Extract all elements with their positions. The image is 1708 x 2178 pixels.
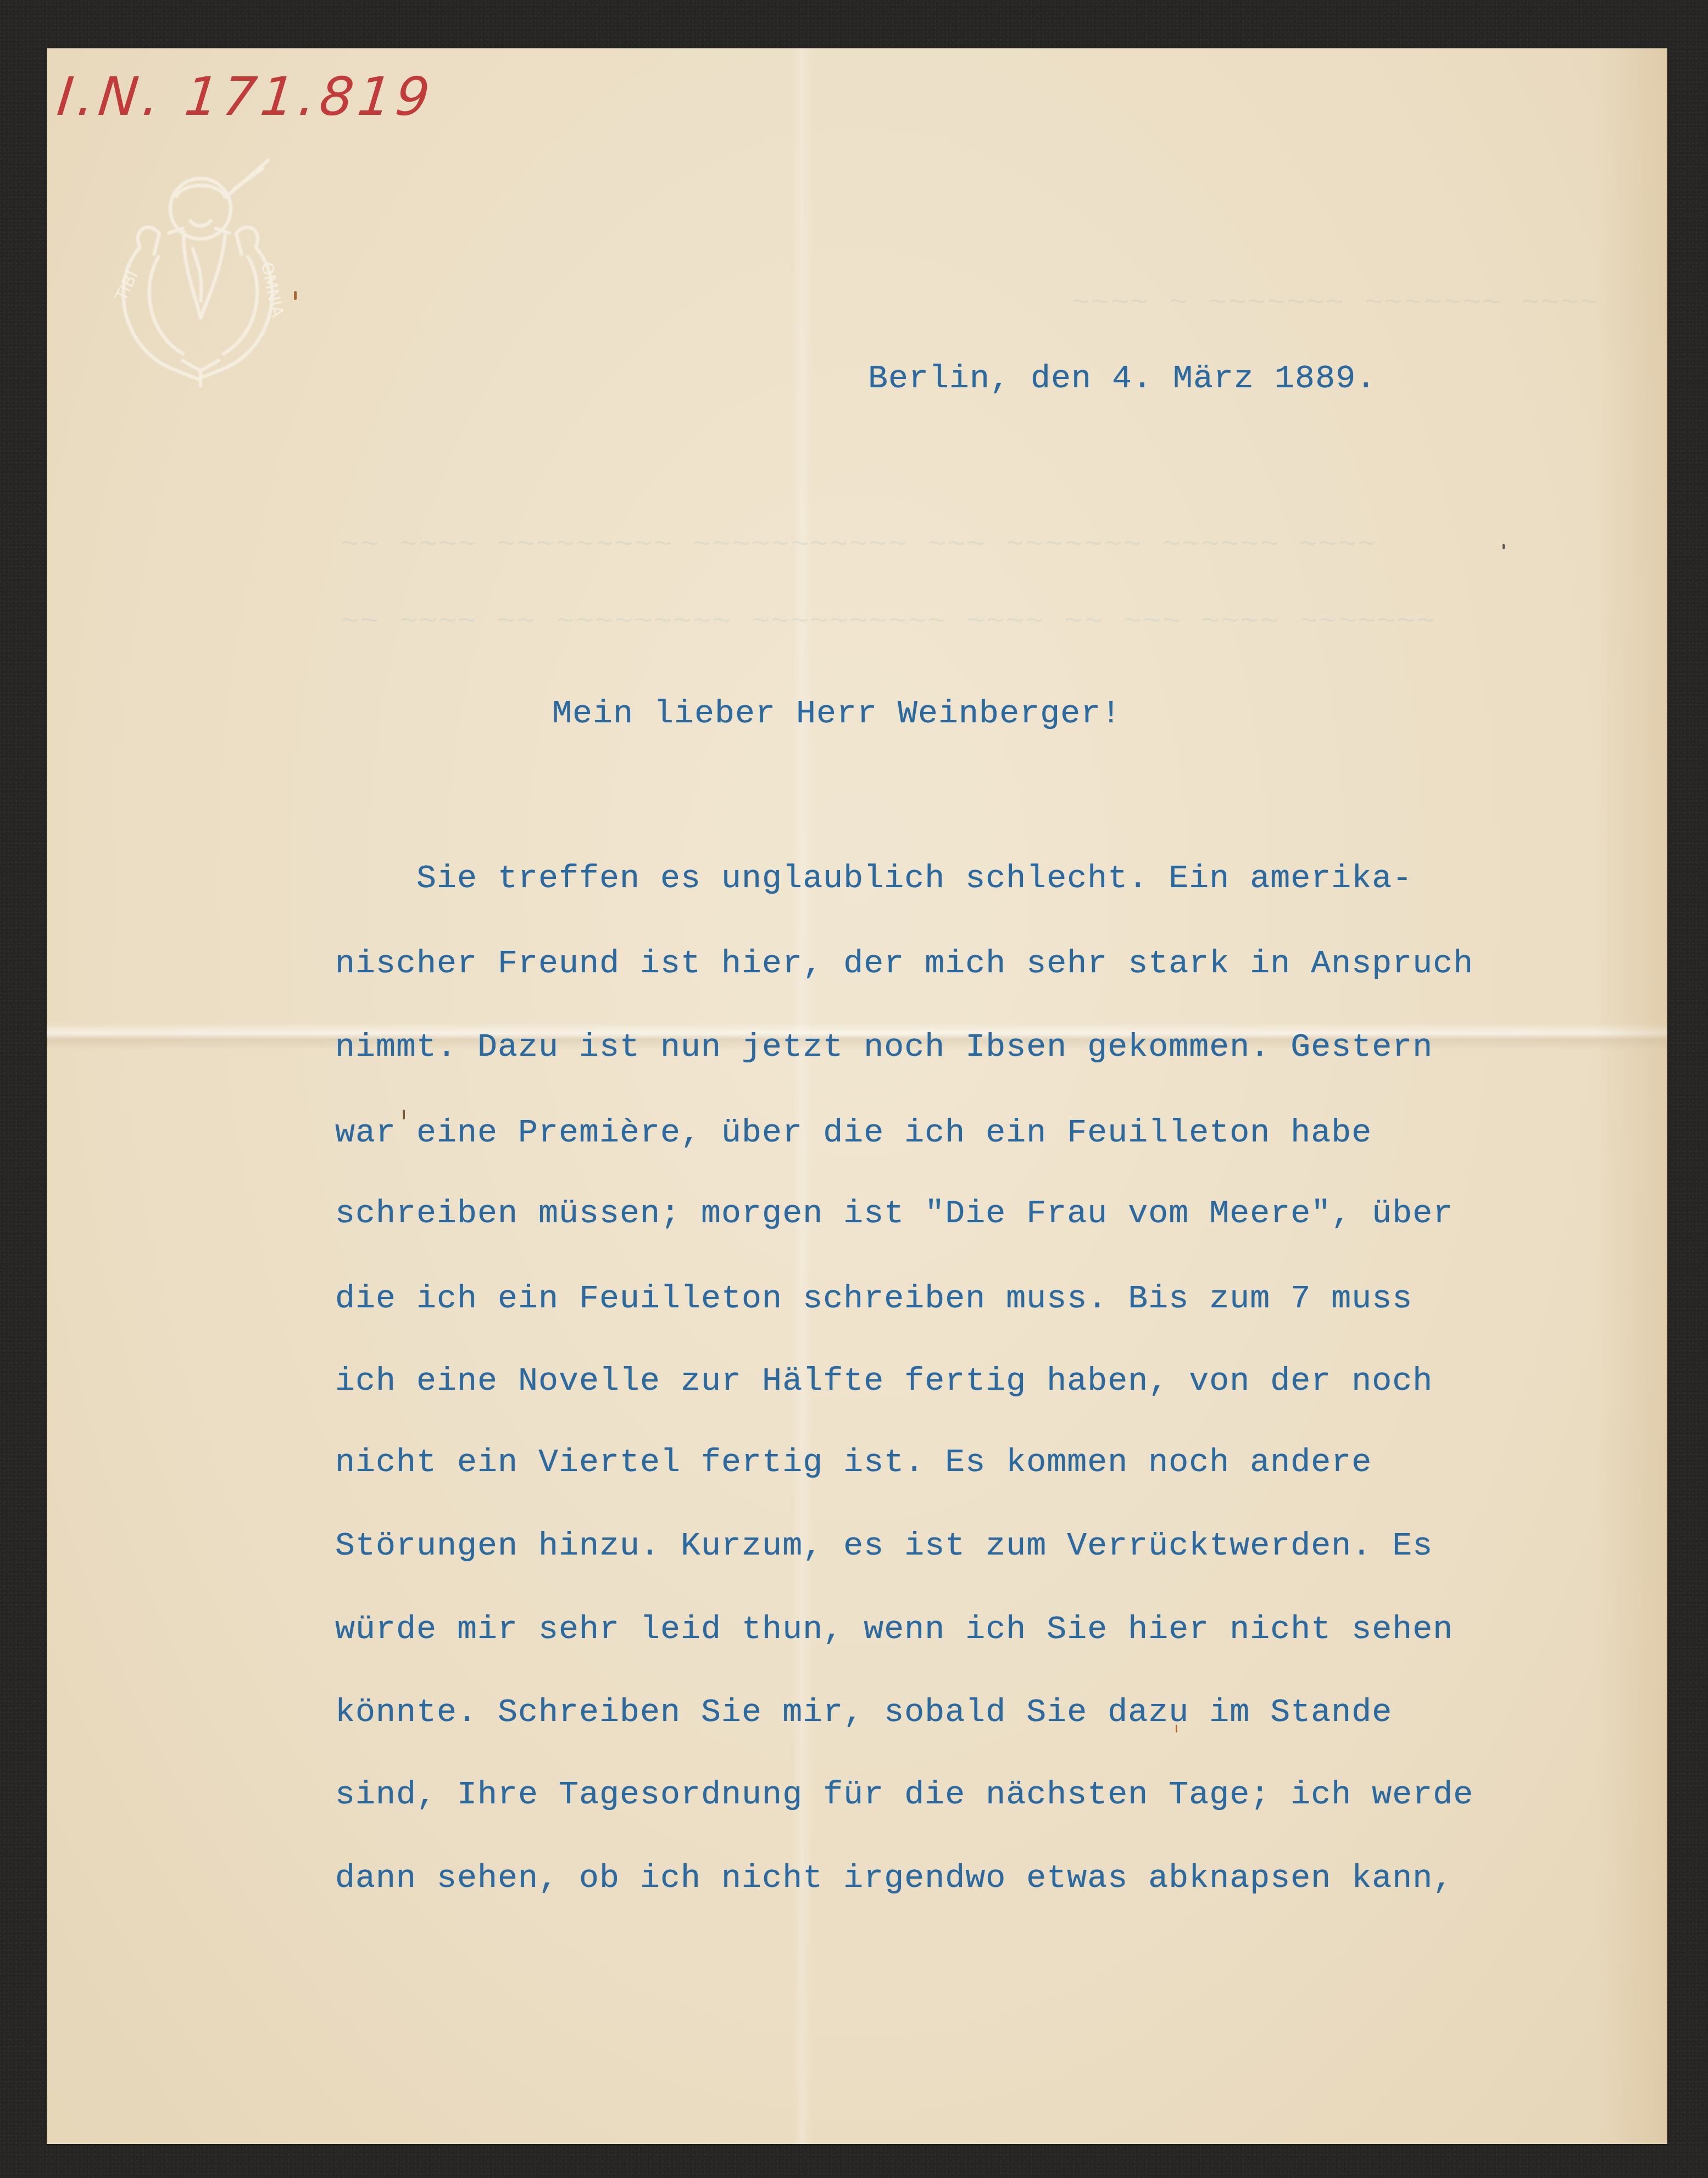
- bearded-head-crest-icon: TIBI OMNIA: [88, 137, 319, 390]
- body-line: Sie treffen es unglaublich schlecht. Ein…: [335, 862, 1412, 895]
- letter-dateline: Berlin, den 4. März 1889.: [868, 363, 1376, 396]
- body-line: dann sehen, ob ich nicht irgendwo etwas …: [335, 1862, 1453, 1895]
- body-line: würde mir sehr leid thun, wenn ich Sie h…: [335, 1613, 1453, 1646]
- letter-salutation: Mein lieber Herr Weinberger!: [552, 698, 1121, 731]
- bleed-through-text: ~~ ~~~~ ~~ ~~~~~~~~~ ~~~~~~~~~~ ~~~~ ~~ …: [341, 604, 1436, 639]
- body-line: sind, Ihre Tagesordnung für die nächsten…: [335, 1779, 1473, 1812]
- paper-speck: [294, 291, 297, 300]
- paper-speck: [1176, 1725, 1177, 1733]
- body-line: Störungen hinzu. Kurzum, es ist zum Verr…: [335, 1530, 1433, 1563]
- body-line: nicht ein Viertel fertig ist. Es kommen …: [335, 1446, 1372, 1479]
- body-line: schreiben müssen; morgen ist "Die Frau v…: [335, 1197, 1453, 1230]
- crest-motto-right: OMNIA: [257, 260, 287, 319]
- body-line: war eine Première, über die ich ein Feui…: [335, 1117, 1372, 1150]
- body-line: ich eine Novelle zur Hälfte fertig haben…: [335, 1365, 1433, 1398]
- bleed-through-text: ~~ ~~~~ ~~~~~~~~~ ~~~~~~~~~~~ ~~~ ~~~~~~…: [341, 527, 1377, 562]
- inventory-number: I.N. 171.819: [54, 66, 437, 127]
- paper-edge-discoloration: [1596, 48, 1667, 2144]
- paper-speck: [1503, 544, 1505, 549]
- body-line: könnte. Schreiben Sie mir, sobald Sie da…: [335, 1696, 1392, 1729]
- crest-motto-left: TIBI: [112, 268, 142, 304]
- body-line: die ich ein Feuilleton schreiben muss. B…: [335, 1283, 1412, 1316]
- bleed-through-text: ~~~~ ~ ~~~~~~~ ~~~~~~~ ~~~~: [1071, 286, 1599, 321]
- paper-speck: [403, 1110, 405, 1119]
- body-line: nimmt. Dazu ist nun jetzt noch Ibsen gek…: [335, 1031, 1433, 1064]
- body-line: nischer Freund ist hier, der mich sehr s…: [335, 948, 1473, 981]
